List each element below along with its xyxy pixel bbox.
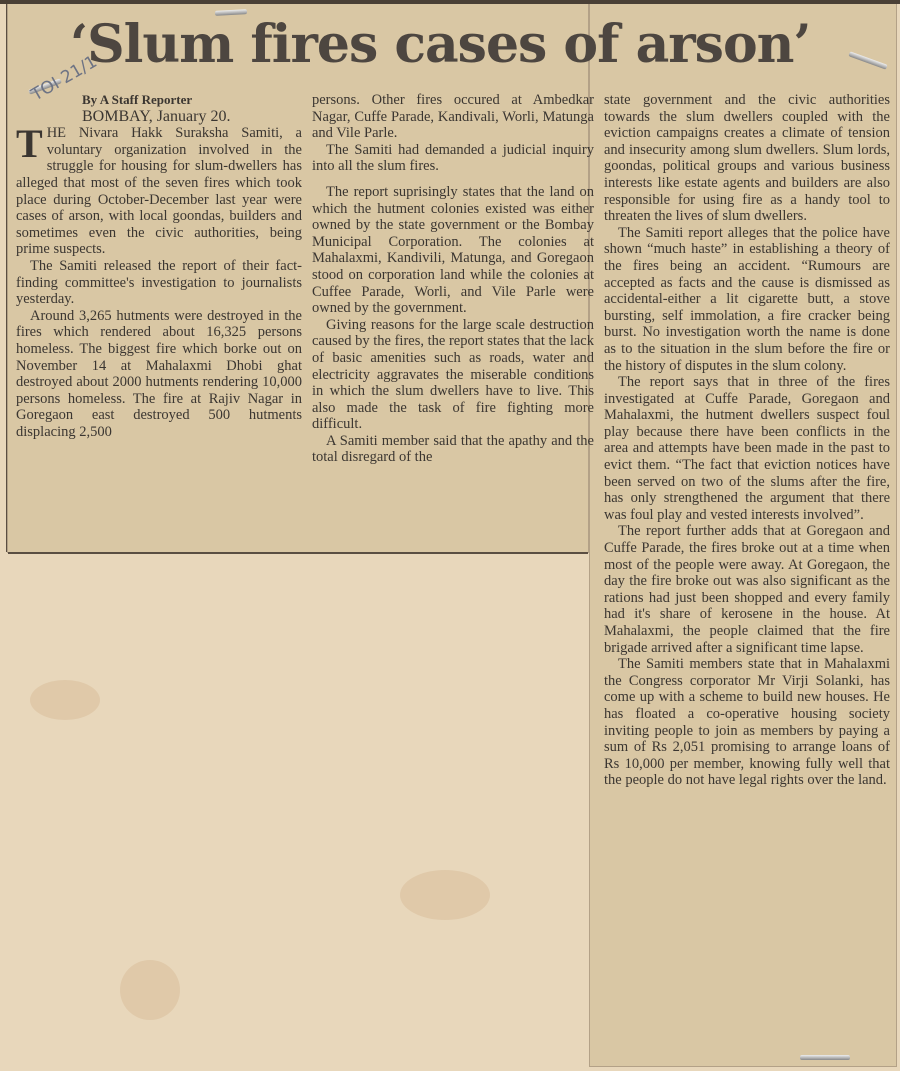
- paragraph: The report says that in three of the fir…: [604, 374, 890, 523]
- paper-stain: [400, 870, 490, 920]
- headline: ‘Slum fires cases of arson’: [70, 10, 860, 80]
- dateline: BOMBAY, January 20.: [82, 109, 302, 126]
- paragraph: The Samiti released the report of their …: [16, 258, 302, 308]
- paragraph: state government and the civic authoriti…: [604, 92, 890, 225]
- paragraph: The Samiti report alleges that the polic…: [604, 225, 890, 374]
- paragraph: persons. Other fires occured at Ambedkar…: [312, 92, 594, 142]
- byline: By A Staff Reporter: [82, 92, 302, 109]
- paragraph: The Samiti members state that in Mahalax…: [604, 656, 890, 789]
- paper-stain: [120, 960, 180, 1020]
- article-column-1: By A Staff Reporter BOMBAY, January 20. …: [16, 92, 302, 440]
- paragraph: Giving reasons for the large scale destr…: [312, 317, 594, 433]
- paragraph: THE Nivara Hakk Suraksha Samiti, a volun…: [16, 125, 302, 258]
- paragraph: The report further adds that at Goregaon…: [604, 523, 890, 656]
- paragraph: The Samiti had demanded a judicial inqui…: [312, 142, 594, 175]
- drop-cap: T: [16, 127, 43, 161]
- left-rule: [6, 4, 7, 552]
- paragraph: A Samiti member said that the apathy and…: [312, 433, 594, 466]
- paragraph: Around 3,265 hutments were destroyed in …: [16, 308, 302, 441]
- bottom-rule: [8, 552, 588, 554]
- paragraph: The report suprisingly states that the l…: [312, 184, 594, 317]
- staple-icon: [800, 1055, 850, 1060]
- article-column-2: persons. Other fires occured at Ambedkar…: [312, 92, 594, 466]
- article-column-3: state government and the civic authoriti…: [604, 92, 890, 789]
- top-rule: [0, 0, 900, 4]
- paper-stain: [30, 680, 100, 720]
